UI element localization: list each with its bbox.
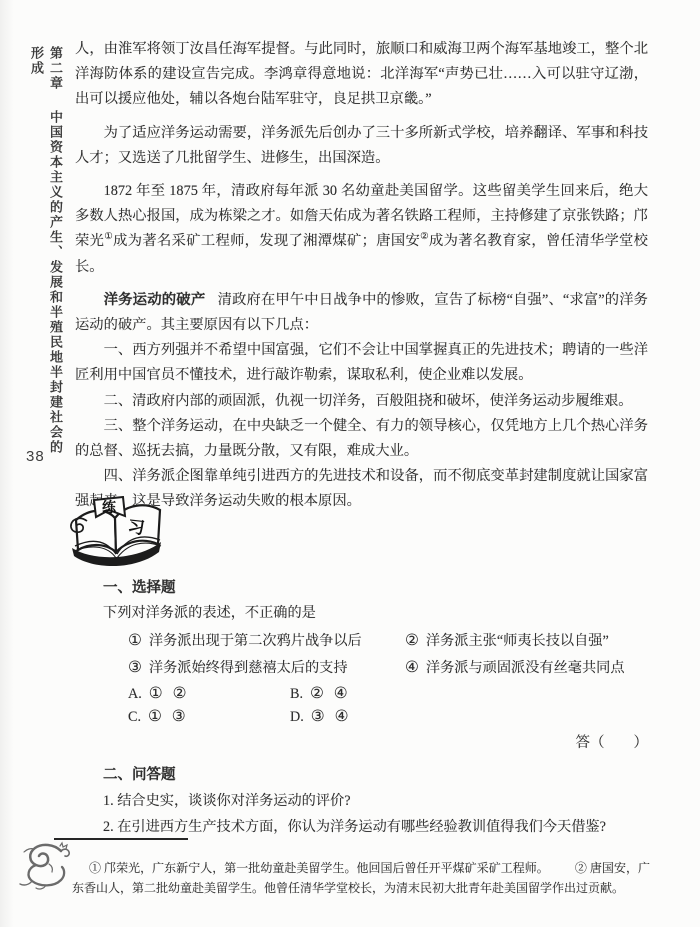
scan-edge-shadow [0,0,14,927]
chapter-sidebar: 第二章 中国资本主义的产生、发展和半殖民地半封建社会的形成 [27,46,65,466]
question-stem: 下列对洋务派的表述，不正确的是 [103,602,648,625]
answer-label: A. [128,686,142,702]
answer-label: B. [290,686,303,702]
section-heading-choice: 一、选择题 [103,577,648,600]
answer-label: C. [128,709,141,725]
section-heading-essay: 二、问答题 [103,764,648,787]
answer-nums: ① ③ [148,708,189,725]
option-text: 洋务派出现于第二次鸦片战争以后 [149,633,362,649]
footnote-ref-2: ② [420,233,429,243]
option-text: 洋务派始终得到慈禧太后的支持 [149,660,348,676]
footnote-1-marker: ① [89,861,101,875]
paragraph-new-schools: 为了适应洋务运动需要，洋务派先后创办了三十多所新式学校，培养翻译、军事和科技人才… [75,121,648,171]
practice-icon-char-lian: 练 [102,499,117,516]
answer-label: D. [290,709,304,725]
paragraph-bankruptcy: 洋务运动的破产清政府在甲午中日战争中的惨败，宣告了标榜“自强”、“求富”的洋务运… [75,288,648,338]
option-marker: ④ [405,659,419,676]
option-text: 洋务派与顽固派没有丝毫共同点 [426,660,625,676]
answer-nums: ③ ④ [311,708,352,725]
essay-question-2: 2. 在引进西方生产技术方面，你认为洋务运动有哪些经验教训值得我们今天借鉴? [103,815,648,839]
chapter-title: 中国资本主义的产生、发展和半殖民地半封建社会的形成 [29,46,63,455]
answer-blank: 答（ ） [103,732,648,755]
answer-nums: ② ④ [310,685,351,702]
paragraph-segment: 成为著名采矿工程师，发现了湘潭煤矿；唐国安 [113,233,420,249]
answer-a: A.① ② [128,683,290,706]
answer-choices: A.① ② B.② ④ C.① ③ D.③ ④ [103,683,648,728]
paragraph-students-abroad: 1872 年至 1875 年，清政府每年派 30 名幼童赴美国留学。这些留美学生… [75,179,648,280]
option-marker: ① [128,632,142,649]
option-2: ②洋务派主张“师夷长技以自强” [405,629,648,654]
footnote-2-marker: ② [575,861,587,875]
choice-options: ①洋务派出现于第二次鸦片战争以后 ②洋务派主张“师夷长技以自强” ③洋务派始终得… [103,629,648,680]
practice-icon-char-xi: 习 [127,517,146,538]
textbook-page: 第二章 中国资本主义的产生、发展和半殖民地半封建社会的形成 38 人，由淮军将领… [0,0,700,927]
footnote-divider [54,838,188,840]
answer-b: B.② ④ [290,683,648,706]
essay-question-1: 1. 结合史实，谈谈你对洋务运动的评价? [103,789,648,813]
lesson-body: 人，由淮军将领丁汝昌任海军提督。与此同时，旅顺口和威海卫两个海军基地竣工，整个北… [75,37,648,515]
option-marker: ② [405,632,419,649]
reason-point-1: 一、西方列强并不希望中国富强，它们不会让中国掌握真正的先进技术；聘请的一些洋匠利… [75,338,648,388]
answer-nums: ① ② [149,685,190,702]
practice-book-icon: 练 习 [64,496,170,581]
option-1: ①洋务派出现于第二次鸦片战争以后 [128,629,405,654]
run-in-heading: 洋务运动的破产 [104,292,206,308]
page-number: 38 [26,448,45,465]
reason-point-3: 三、整个洋务运动，在中央缺乏一个健全、有力的领导核心，仅凭地方上几个热心洋务的总… [75,414,648,464]
essay-questions: 1. 结合史实，谈谈你对洋务运动的评价? 2. 在引进西方生产技术方面，你认为洋… [103,789,648,839]
paragraph-navy-completion: 人，由淮军将领丁汝昌任海军提督。与此同时，旅顺口和威海卫两个海军基地竣工，整个北… [75,37,648,113]
option-text: 洋务派主张“师夷长技以自强” [426,633,609,649]
answer-c: C.① ③ [128,706,290,729]
chapter-number: 第二章 [48,46,63,91]
footnotes-text: ① 邝荣光，广东新宁人，第一批幼童赴美留学生。他回国后曾任开平煤矿采矿工程师。②… [72,859,650,898]
option-marker: ③ [128,659,142,676]
answer-d: D.③ ④ [290,706,648,729]
footnote-1-text: 邝荣光，广东新宁人，第一批幼童赴美留学生。他回国后曾任开平煤矿采矿工程师。 [104,861,549,875]
option-4: ④洋务派与顽固派没有丝毫共同点 [405,656,648,681]
exercise-section: 一、选择题 下列对洋务派的表述，不正确的是 ①洋务派出现于第二次鸦片战争以后 ②… [103,577,648,841]
reason-point-2: 二、清政府内部的顽固派，仇视一切洋务，百般阻挠和破坏，使洋务运动步履维艰。 [75,389,648,414]
option-3: ③洋务派始终得到慈禧太后的支持 [128,656,405,681]
dragon-ornament-icon [16,841,76,900]
footnote-ref-1: ① [104,233,113,243]
